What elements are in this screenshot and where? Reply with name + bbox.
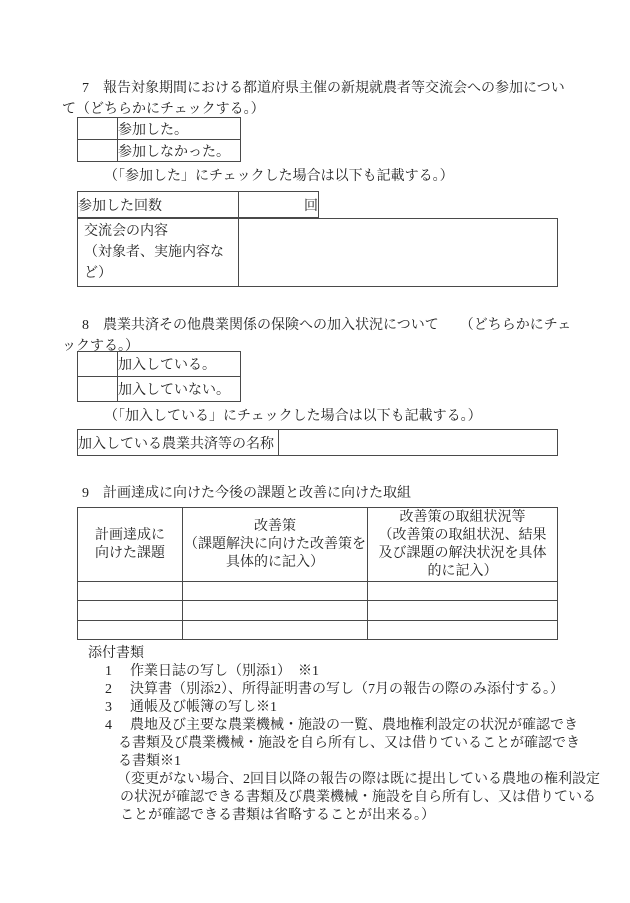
row1-status-cell[interactable] — [368, 582, 558, 601]
col3-header-line4: 的に記入） — [368, 563, 557, 581]
attachment-item1-number: 1 — [105, 662, 112, 681]
content-label-line3: ど） — [84, 263, 232, 284]
section9-col3-header: 改善策の取組状況等 （改善策の取組状況、結果 及び課題の解決状況を具体 的に記入… — [368, 508, 558, 582]
table-row — [78, 621, 558, 640]
col2-header-line1: 改善策 — [183, 518, 367, 536]
attachment-item4-cont-line2: る書類※1 — [118, 752, 181, 771]
attachments-title: 添付書類 — [88, 644, 144, 663]
section8-option2-label: 加入していない。 — [118, 377, 241, 402]
col1-header-line2: 向けた課題 — [78, 545, 182, 563]
section8-option2-checkbox-cell[interactable] — [78, 377, 118, 402]
section9-col2-header: 改善策 （課題解決に向けた改善策を 具体的に記入） — [183, 508, 368, 582]
row1-measure-cell[interactable] — [183, 582, 368, 601]
section8-name-table: 加入している農業共済等の名称 — [77, 429, 558, 456]
section9-table: 計画達成に 向けた課題 改善策 （課題解決に向けた改善策を 具体的に記入） 改善… — [77, 507, 558, 640]
table-row — [78, 582, 558, 601]
section8-option1-label: 加入している。 — [118, 352, 241, 377]
section9-col1-header: 計画達成に 向けた課題 — [78, 508, 183, 582]
document-page: 7 報告対象期間における都道府県主催の新規就農者等交流会への参加につい て（どち… — [0, 0, 630, 903]
section7-option2-label: 参加しなかった。 — [118, 140, 241, 162]
attachment-item4-number: 4 — [105, 716, 112, 735]
row3-issue-cell[interactable] — [78, 621, 183, 640]
section7-option2-checkbox-cell[interactable] — [78, 140, 118, 162]
attachments-note-line3: ことが確認できる書類は省略することが出来る。） — [120, 806, 435, 825]
section8-option1-checkbox-cell[interactable] — [78, 352, 118, 377]
row2-measure-cell[interactable] — [183, 601, 368, 621]
section8-options-table: 加入している。 加入していない。 — [77, 351, 241, 402]
section7-option1-label: 参加した。 — [118, 118, 241, 140]
row3-measure-cell[interactable] — [183, 621, 368, 640]
count-input-cell[interactable]: 回 — [239, 192, 319, 218]
section7-note: （「参加した」にチェックした場合は以下も記載する。） — [104, 167, 454, 186]
col2-header-line3: 具体的に記入） — [183, 554, 367, 572]
attachment-item3-number: 3 — [105, 698, 112, 717]
attachments-note-line1: （変更がない場合、2回目以降の報告の際は既に提出している農地の権利設定 — [117, 770, 600, 789]
content-input-cell[interactable] — [239, 219, 558, 287]
insurance-name-label: 加入している農業共済等の名称 — [78, 430, 279, 456]
row2-status-cell[interactable] — [368, 601, 558, 621]
attachment-item4-text: 農地及び主要な農業機械・施設の一覧、農地権利設定の状況が確認でき — [130, 716, 578, 735]
insurance-name-input-cell[interactable] — [279, 430, 558, 456]
col2-header-line2: （課題解決に向けた改善策を — [183, 536, 367, 554]
content-label-line1: 交流会の内容 — [84, 221, 232, 242]
section8-note: （「加入している」にチェックした場合は以下も記載する。） — [104, 407, 482, 426]
row2-issue-cell[interactable] — [78, 601, 183, 621]
section7-option1-checkbox-cell[interactable] — [78, 118, 118, 140]
attachment-item2-text: 決算書（別添2）、所得証明書の写し（7月の報告の際のみ添付する。） — [130, 680, 564, 699]
section7-content-table: 交流会の内容 （対象者、実施内容な ど） — [77, 218, 558, 287]
col3-header-line2: （改善策の取組状況、結果 — [368, 527, 557, 545]
section7-options-table: 参加した。 参加しなかった。 — [77, 117, 241, 162]
content-label-line2: （対象者、実施内容な — [84, 242, 232, 263]
section8-heading-line1: 8 農業共済その他農業関係の保険への加入状況について （どちらかにチェ — [82, 315, 571, 336]
attachment-item2-number: 2 — [105, 680, 112, 699]
col1-header-line1: 計画達成に — [78, 527, 182, 545]
attachments-note-line2: の状況が確認できる書類及び農業機械・施設を自ら所有し、又は借りている — [120, 788, 596, 807]
section9-heading: 9 計画達成に向けた今後の課題と改善に向けた取組 — [82, 483, 411, 504]
count-label: 参加した回数 — [78, 192, 239, 218]
table-row — [78, 601, 558, 621]
section7-count-table: 参加した回数 回 — [77, 191, 319, 218]
col3-header-line3: 及び課題の解決状況を具体 — [368, 545, 557, 563]
content-label: 交流会の内容 （対象者、実施内容な ど） — [78, 219, 239, 287]
row1-issue-cell[interactable] — [78, 582, 183, 601]
row3-status-cell[interactable] — [368, 621, 558, 640]
attachment-item4-cont-line1: る書類及び農業機械・施設を自ら所有し、又は借りていることが確認でき — [118, 734, 580, 753]
col3-header-line1: 改善策の取組状況等 — [368, 509, 557, 527]
section7-heading-line1: 7 報告対象期間における都道府県主催の新規就農者等交流会への参加につい — [82, 78, 565, 99]
attachment-item1-text: 作業日誌の写し（別添1） ※1 — [130, 662, 319, 681]
attachment-item3-text: 通帳及び帳簿の写し※1 — [130, 698, 277, 717]
